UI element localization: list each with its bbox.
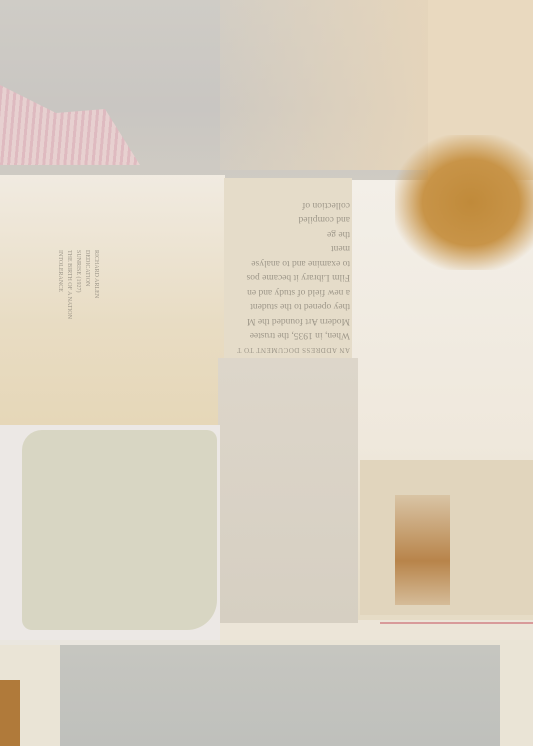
- fragment-line: collection of: [226, 198, 350, 213]
- rust-left-edge: [0, 680, 20, 746]
- grey-bottom-stroke: [60, 645, 500, 746]
- sage-paint-stroke: [22, 430, 217, 630]
- rotated-line: RICHARD ARLEN: [91, 250, 100, 319]
- fragment-line: the ge: [226, 227, 350, 242]
- fragment-line: a new field of study and en: [226, 285, 350, 300]
- rotated-line: INTOLERANCE: [55, 250, 64, 319]
- fragment-line: ment: [226, 241, 350, 256]
- fragment-line: they opened to the student: [226, 299, 350, 314]
- rotated-line: DEDICATION: [82, 250, 91, 319]
- red-line: [380, 622, 533, 624]
- rotated-line: SUNRISE (1927): [73, 250, 82, 319]
- fragment-line: to examine and to analyse: [226, 256, 350, 271]
- fragment-line: Film Library it became pos: [226, 270, 350, 285]
- fragment-line: and compiled: [226, 212, 350, 227]
- rotated-line: THE BIRTH OF A NATION: [64, 250, 73, 319]
- rust-paint-stroke: [395, 495, 450, 605]
- left-paper-panel: [0, 175, 225, 425]
- ochre-paint-blot: [395, 135, 533, 270]
- fragment-line: When, in 1935, the trustee: [226, 328, 350, 343]
- center-paper-block: [218, 358, 358, 623]
- fragment-header: AN ADDRESS DOCUMENT TO T: [226, 343, 350, 358]
- collage-artwork: AN ADDRESS DOCUMENT TO T When, in 1935, …: [0, 0, 533, 746]
- book-text-fragment: AN ADDRESS DOCUMENT TO T When, in 1935, …: [226, 182, 350, 357]
- rotated-text-fragment: RICHARD ARLEN DEDICATION SUNRISE (1927) …: [55, 250, 100, 319]
- fragment-line: Modern Art founded the M: [226, 314, 350, 329]
